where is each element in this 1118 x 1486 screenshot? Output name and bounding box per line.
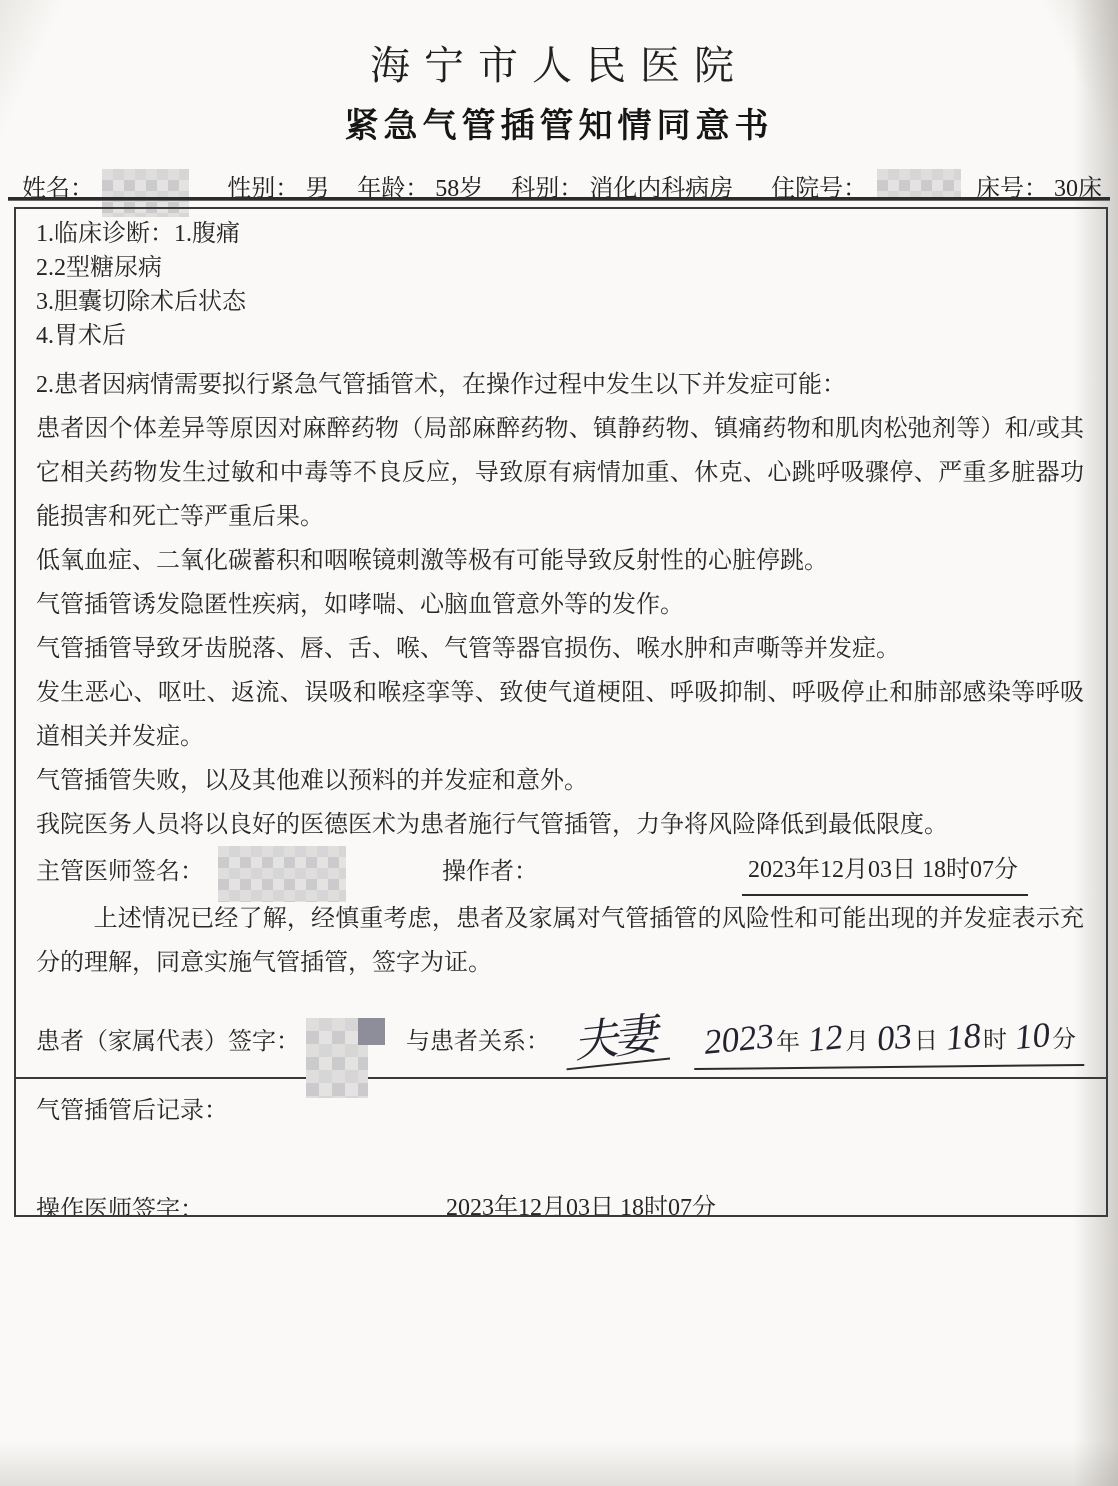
handwritten-month: 12 [806,1015,845,1062]
procedure-intro: 2.患者因病情需要拟行紧急气管插管术，在操作过程中发生以下并发症可能： [36,363,1084,407]
hospital-name: 海宁市人民医院 [0,34,1118,91]
risk-paragraph: 低氧血症、二氧化碳蓄积和咽喉镜刺激等极有可能导致反射性的心脏停跳。 [36,539,1084,583]
physician-signature-redacted [218,846,346,902]
relation-label: 与患者关系： [406,1020,550,1064]
operating-physician-row: 操作医师签字： 2023年12月03日 18时07分 [36,1185,1084,1217]
family-signature-row: 患者（家属代表）签字： 与患者关系： 夫妻 2023年 12月 03日 18时 … [36,1011,1084,1073]
minute-unit: 分 [1052,1027,1076,1053]
month-unit: 月 [845,1029,869,1055]
risk-paragraph: 发生恶心、呕吐、返流、误吸和喉痉挛等、致使气道梗阻、呼吸抑制、呼吸停止和肺部感染… [36,671,1084,759]
form-title: 紧急气管插管知情同意书 [0,98,1118,147]
year-unit: 年 [776,1030,800,1056]
risk-paragraph: 我院医务人员将以良好的医德医术为患者施行气管插管，力争将风险降低到最低限度。 [36,803,1084,847]
operating-physician-datetime: 2023年12月03日 18时07分 [440,1186,726,1217]
handwritten-datetime: 2023年 12月 03日 18时 10分 [694,1014,1085,1070]
day-unit: 日 [914,1028,938,1054]
operator-label: 操作者： [442,850,538,894]
handwritten-minute: 10 [1013,1013,1052,1060]
risk-paragraph: 患者因个体差异等原因对麻醉药物（局部麻醉药物、镇静药物、镇痛药物和肌肉松弛剂等）… [36,407,1084,539]
hour-unit: 时 [983,1028,1007,1054]
risk-paragraph: 气管插管失败，以及其他难以预料的并发症和意外。 [36,759,1084,803]
risk-paragraph: 气管插管导致牙齿脱落、唇、舌、喉、气管等器官损伤、喉水肿和声嘶等并发症。 [36,627,1084,671]
section-divider [16,1077,1106,1079]
risk-paragraph: 气管插管诱发隐匿性疾病，如哮喘、心脑血管意外等的发作。 [36,583,1084,627]
handwritten-day: 03 [875,1014,914,1061]
header-divider [8,197,1110,201]
family-signature-redacted [306,1018,368,1098]
physician-sign-label: 主管医师签名： [36,850,204,894]
physician-signature-row: 主管医师签名： 操作者： 2023年12月03日 18时07分 [36,847,1084,897]
form-body-box: 1.临床诊断：1.腹痛 2.2型糖尿病 3.胆囊切除术后状态 4.胃术后 2.患… [14,207,1108,1217]
diagnosis-line: 1.临床诊断：1.腹痛 [36,217,1084,251]
post-intubation-record-label: 气管插管后记录： [36,1093,1084,1129]
family-sign-label: 患者（家属代表）签字： [36,1020,300,1064]
handwritten-year: 2023 [702,1014,776,1065]
handwritten-hour: 18 [944,1014,983,1061]
operating-physician-label: 操作医师签字： [36,1188,204,1217]
consent-form-page: 海宁市人民医院 紧急气管插管知情同意书 姓名： 性别： 男 年龄： 58岁 科别… [0,0,1118,1486]
operator-datetime: 2023年12月03日 18时07分 [742,848,1028,896]
patient-header-row: 姓名： 性别： 男 年龄： 58岁 科别： 消化内科病房 住院号： 床号： 30… [22,161,1102,209]
relation-handwritten-value: 夫妻 [562,1014,670,1071]
diagnosis-line: 3.胆囊切除术后状态 [36,285,1084,319]
diagnosis-line: 2.2型糖尿病 [36,251,1084,285]
diagnosis-line: 4.胃术后 [36,319,1084,353]
consent-statement: 上述情况已经了解，经慎重考虑，患者及家属对气管插管的风险性和可能出现的并发症表示… [36,897,1084,985]
